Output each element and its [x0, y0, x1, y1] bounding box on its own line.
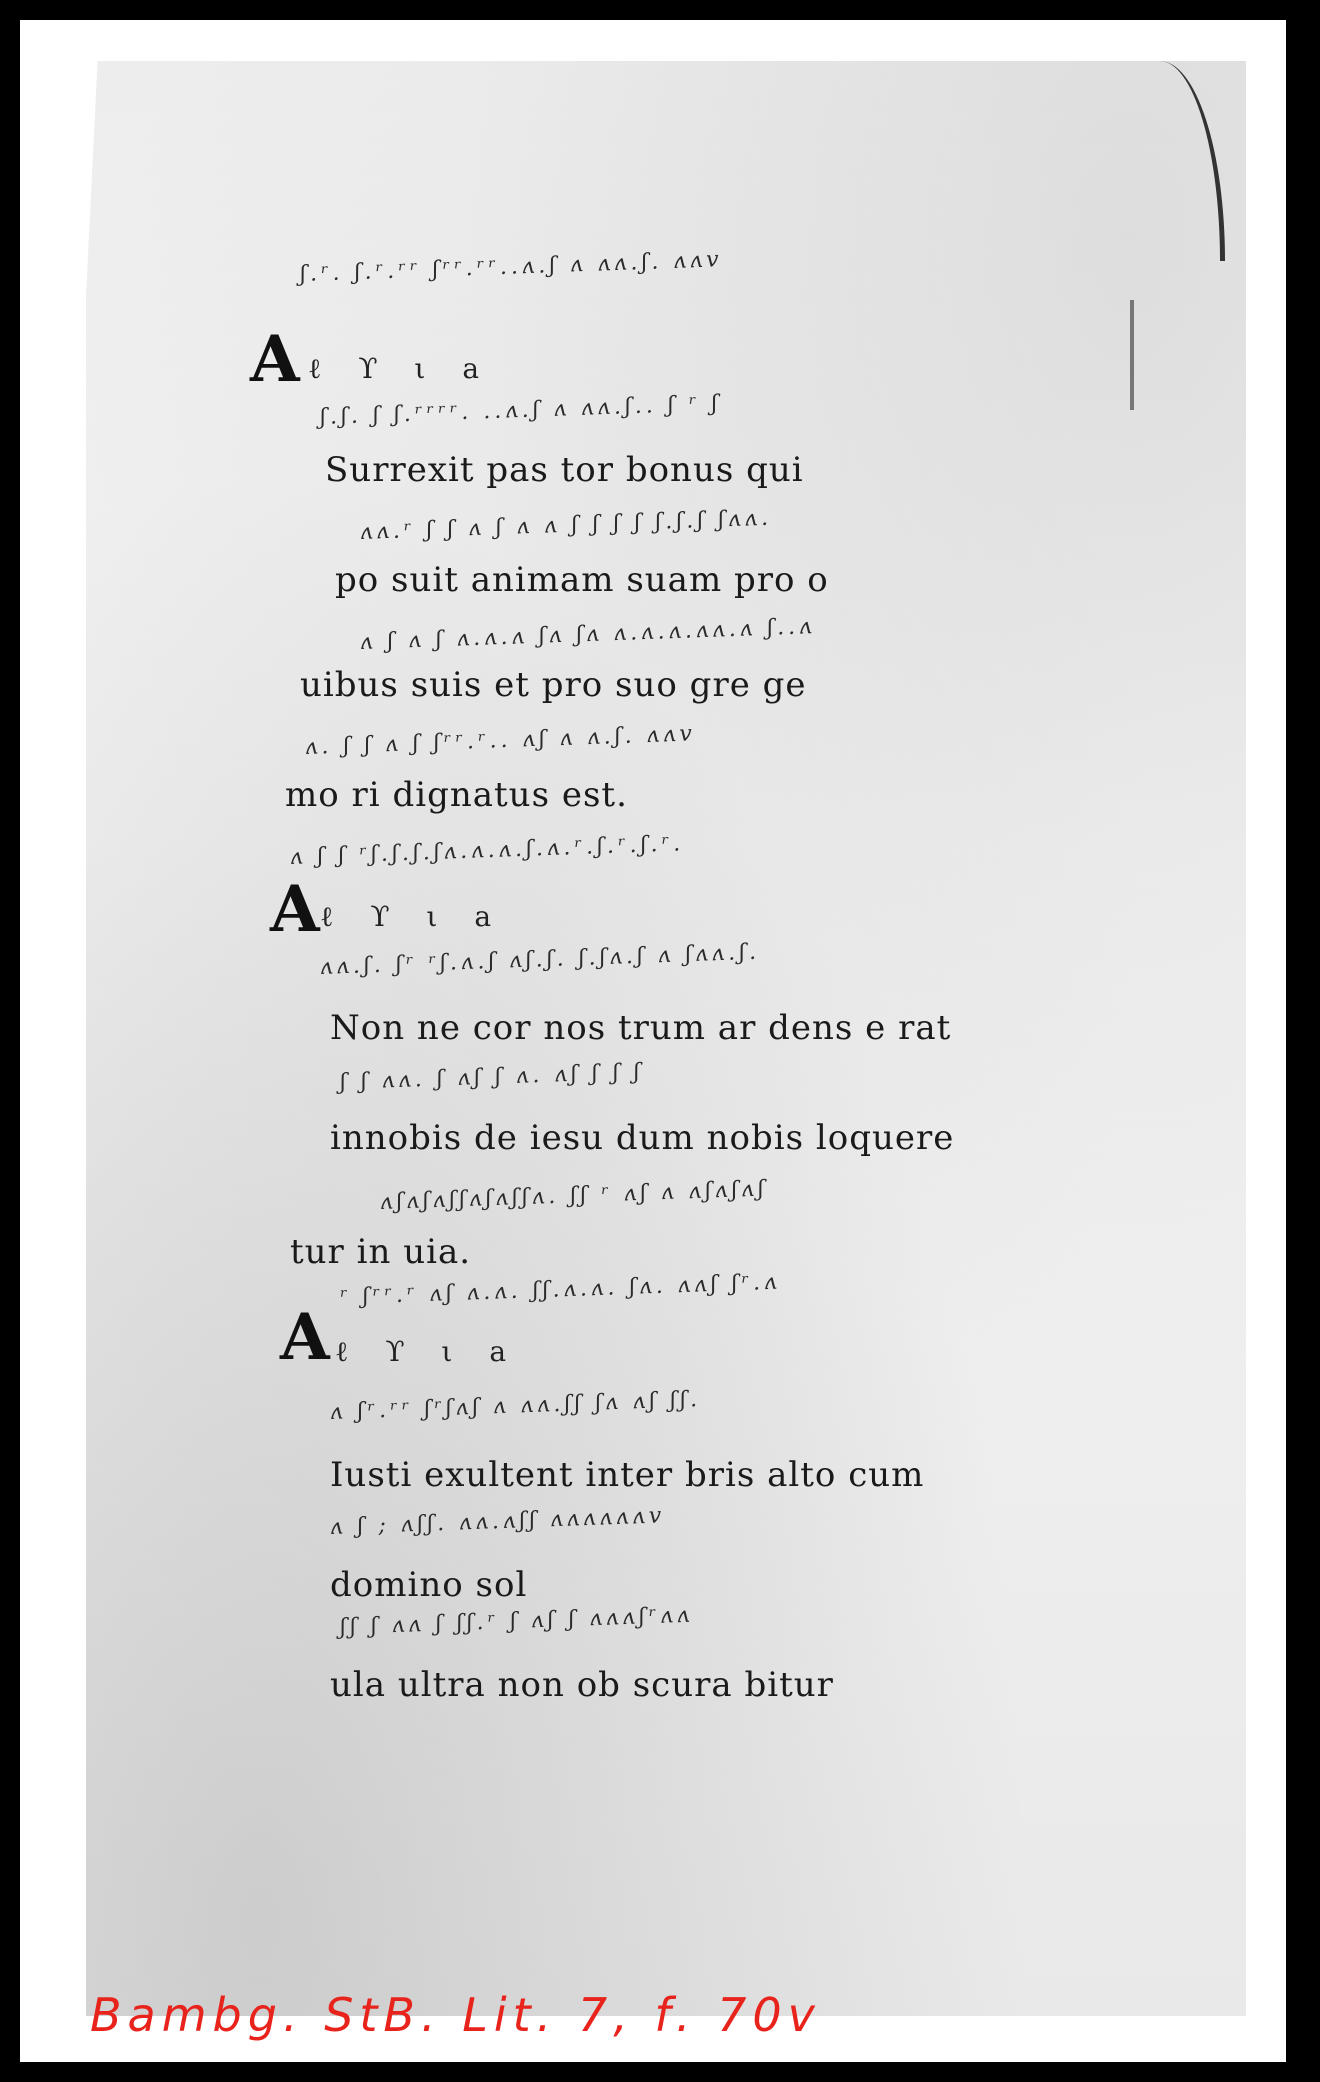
- chant-text-line: po suit animam suam pro o: [335, 560, 829, 600]
- neume-line: ʌ ʃʳ.ʳʳ ʃʳʃʌʃ ʌ ʌʌ.ʃʃ ʃʌ ʌʃ ʃʃ.: [330, 1387, 702, 1425]
- chant-text-line: Iusti exultent inter bris alto cum: [330, 1455, 924, 1495]
- chant-text-line: Surrexit pas tor bonus qui: [325, 450, 804, 490]
- chant-text-line: innobis de iesu dum nobis loquere: [330, 1118, 954, 1158]
- decorated-initial: A: [250, 322, 300, 397]
- neume-line: ʌʌ.ʳ ʃ ʃ ʌ ʃ ʌ ʌ ʃ ʃ ʃ ʃ ʃ.ʃ.ʃ ʃʌʌ.: [360, 506, 773, 545]
- chant-text-line: tur in uia.: [290, 1232, 471, 1272]
- neume-line: ʌ ʃ ; ʌʃʃ. ʌʌ.ʌʃʃ ʌʌʌʌʌʌv: [330, 1503, 666, 1540]
- decorated-initial: A: [280, 1300, 330, 1375]
- neume-line: ʳ ʃʳʳ.ʳ ʌʃ ʌ.ʌ. ʃʃ.ʌ.ʌ. ʃʌ. ʌʌʃ ʃʳ.ʌ: [340, 1270, 781, 1310]
- neume-line: ʌʃʌʃʌʃʃʌʃʌʃʃʌ. ʃʃ ʳ ʌʃ ʌ ʌʃʌʃʌʃ: [380, 1176, 769, 1215]
- neume-line: ʌʌ.ʃ. ʃʳ ʳʃ.ʌ.ʃ ʌʃ.ʃ. ʃ.ʃʌ.ʃ ʌ ʃʌʌ.ʃ.: [320, 940, 761, 980]
- neume-line: ʃ ʃ ʌʌ. ʃ ʌʃ ʃ ʌ. ʌʃ ʃ ʃ ʃ: [340, 1059, 645, 1095]
- decorated-initial: A: [270, 872, 320, 947]
- neume-line: ʌ ʃ ʃ ʳʃ.ʃ.ʃ.ʃʌ.ʌ.ʌ.ʃ.ʌ.ʳ.ʃ.ʳ.ʃ.ʳ.: [290, 831, 685, 870]
- chant-text-line: domino sol: [330, 1565, 527, 1605]
- alleluia-incipit: ℓ ϒ ι a: [335, 1335, 520, 1369]
- chant-text-line: uibus suis et pro suo gre ge: [300, 665, 807, 705]
- neume-line: ʌ ʃ ʌ ʃ ʌ.ʌ.ʌ ʃʌ ʃʌ ʌ.ʌ.ʌ.ʌʌ.ʌ ʃ..ʌ: [360, 614, 816, 655]
- chant-text-line: mo ri dignatus est.: [285, 775, 628, 815]
- folio-content: ʃ.ʳ. ʃ.ʳ.ʳʳ ʃʳʳ.ʳʳ..ʌ.ʃ ʌ ʌʌ.ʃ. ʌʌv A ℓ …: [0, 0, 1320, 2082]
- neume-line: ʃ.ʃ. ʃ ʃ.ʳʳʳʳ. ..ʌ.ʃ ʌ ʌʌ.ʃ.. ʃ ʳ ʃ: [320, 391, 722, 430]
- alleluia-incipit: ℓ ϒ ι a: [308, 352, 493, 386]
- chant-text-line: ula ultra non ob scura bitur: [330, 1665, 834, 1705]
- library-shelfmark-annotation: Bambg. StB. Lit. 7, f. 70v: [90, 1988, 821, 2042]
- chant-text-line: Non ne cor nos trum ar dens e rat: [330, 1008, 951, 1048]
- alleluia-incipit: ℓ ϒ ι a: [320, 900, 505, 934]
- neume-line: ʌ. ʃ ʃ ʌ ʃ ʃʳʳ.ʳ.. ʌʃ ʌ ʌ.ʃ. ʌʌv: [305, 721, 697, 760]
- neume-line: ʃʃ ʃ ʌʌ ʃ ʃʃ.ʳ ʃ ʌʃ ʃ ʌʌʌʃʳʌʌ: [340, 1603, 694, 1640]
- neume-line: ʃ.ʳ. ʃ.ʳ.ʳʳ ʃʳʳ.ʳʳ..ʌ.ʃ ʌ ʌʌ.ʃ. ʌʌv: [300, 247, 723, 287]
